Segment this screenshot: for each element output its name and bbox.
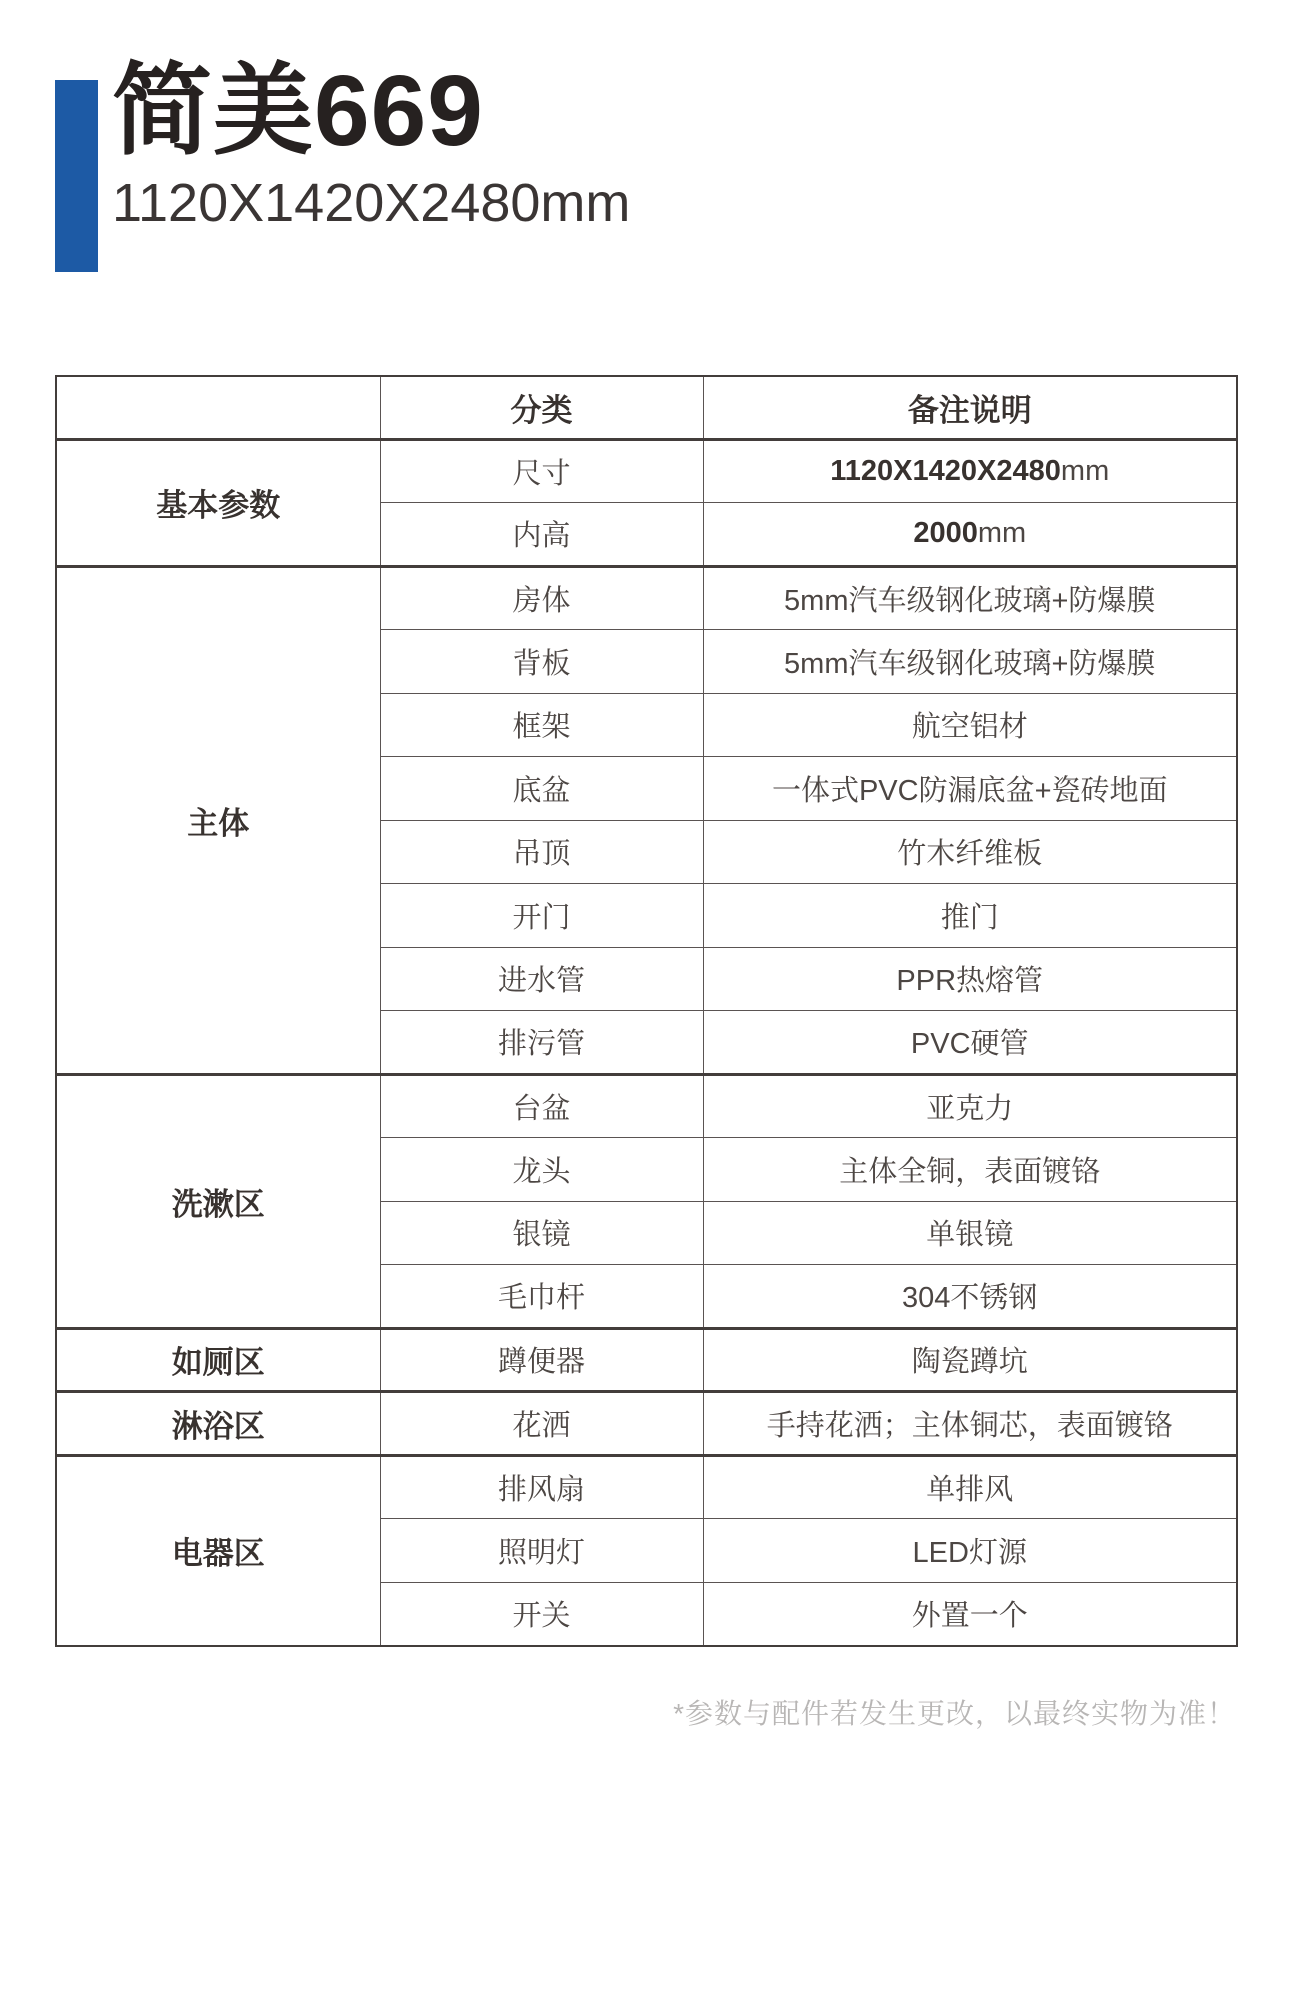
value-unit: mm: [978, 517, 1026, 549]
table-header-row: 分类 备注说明: [56, 376, 1237, 439]
value-cell: 外置一个: [703, 1582, 1237, 1646]
value-cell: PVC硬管: [703, 1011, 1237, 1075]
table-row: 主体房体5mm汽车级钢化玻璃+防爆膜: [56, 566, 1237, 630]
value-cell: 航空铝材: [703, 693, 1237, 757]
table-row: 淋浴区花洒手持花洒；主体铜芯，表面镀铬: [56, 1392, 1237, 1456]
value-unit: mm: [1061, 455, 1109, 487]
category-cell: 尺寸: [380, 439, 703, 503]
spec-sheet-page: { "header": { "title": "简美669", "subtitl…: [0, 0, 1300, 2000]
value-cell: 推门: [703, 884, 1237, 948]
category-cell: 蹲便器: [380, 1328, 703, 1392]
category-cell: 内高: [380, 503, 703, 567]
value-cell: 一体式PVC防漏底盆+瓷砖地面: [703, 757, 1237, 821]
table-row: 电器区排风扇单排风: [56, 1455, 1237, 1519]
value-cell: 2000mm: [703, 503, 1237, 567]
group-label-cell: 电器区: [56, 1455, 380, 1646]
value-number: 2000: [913, 517, 978, 549]
category-cell: 花洒: [380, 1392, 703, 1456]
category-cell: 毛巾杆: [380, 1265, 703, 1329]
value-cell: 主体全铜，表面镀铬: [703, 1138, 1237, 1202]
category-cell: 照明灯: [380, 1519, 703, 1583]
value-cell: 单排风: [703, 1455, 1237, 1519]
value-cell: 亚克力: [703, 1074, 1237, 1138]
category-cell: 框架: [380, 693, 703, 757]
category-cell: 龙头: [380, 1138, 703, 1202]
header-cell-category: 分类: [380, 376, 703, 439]
header-cell-empty: [56, 376, 380, 439]
table-row: 基本参数尺寸1120X1420X2480mm: [56, 439, 1237, 503]
value-cell: 竹木纤维板: [703, 820, 1237, 884]
value-cell: 单银镜: [703, 1201, 1237, 1265]
value-cell: 5mm汽车级钢化玻璃+防爆膜: [703, 566, 1237, 630]
page-subtitle: 1120X1420X2480mm: [112, 176, 630, 230]
spec-table: 分类 备注说明 基本参数尺寸1120X1420X2480mm内高2000mm主体…: [55, 375, 1238, 1647]
category-cell: 银镜: [380, 1201, 703, 1265]
value-cell: PPR热熔管: [703, 947, 1237, 1011]
doc-header: 简美669 1120X1420X2480mm: [112, 60, 630, 230]
value-number: 1120X1420X2480: [830, 455, 1061, 487]
page-title: 简美669: [112, 60, 630, 162]
group-label-cell: 如厕区: [56, 1328, 380, 1392]
value-cell: 304不锈钢: [703, 1265, 1237, 1329]
group-label-cell: 洗漱区: [56, 1074, 380, 1328]
value-cell: 陶瓷蹲坑: [703, 1328, 1237, 1392]
value-cell: 1120X1420X2480mm: [703, 439, 1237, 503]
category-cell: 台盆: [380, 1074, 703, 1138]
category-cell: 开关: [380, 1582, 703, 1646]
value-cell: 手持花洒；主体铜芯，表面镀铬: [703, 1392, 1237, 1456]
category-cell: 底盆: [380, 757, 703, 821]
spec-table-body: 基本参数尺寸1120X1420X2480mm内高2000mm主体房体5mm汽车级…: [56, 439, 1237, 1646]
table-row: 如厕区蹲便器陶瓷蹲坑: [56, 1328, 1237, 1392]
group-label-cell: 基本参数: [56, 439, 380, 566]
group-label-cell: 淋浴区: [56, 1392, 380, 1456]
table-row: 洗漱区台盆亚克力: [56, 1074, 1237, 1138]
header-cell-remarks: 备注说明: [703, 376, 1237, 439]
accent-bar: [55, 80, 98, 272]
category-cell: 背板: [380, 630, 703, 694]
value-cell: LED灯源: [703, 1519, 1237, 1583]
category-cell: 排污管: [380, 1011, 703, 1075]
group-label-cell: 主体: [56, 566, 380, 1074]
value-cell: 5mm汽车级钢化玻璃+防爆膜: [703, 630, 1237, 694]
category-cell: 进水管: [380, 947, 703, 1011]
category-cell: 开门: [380, 884, 703, 948]
category-cell: 排风扇: [380, 1455, 703, 1519]
category-cell: 吊顶: [380, 820, 703, 884]
disclaimer-note: *参数与配件若发生更改，以最终实物为准！: [673, 1692, 1236, 1732]
category-cell: 房体: [380, 566, 703, 630]
